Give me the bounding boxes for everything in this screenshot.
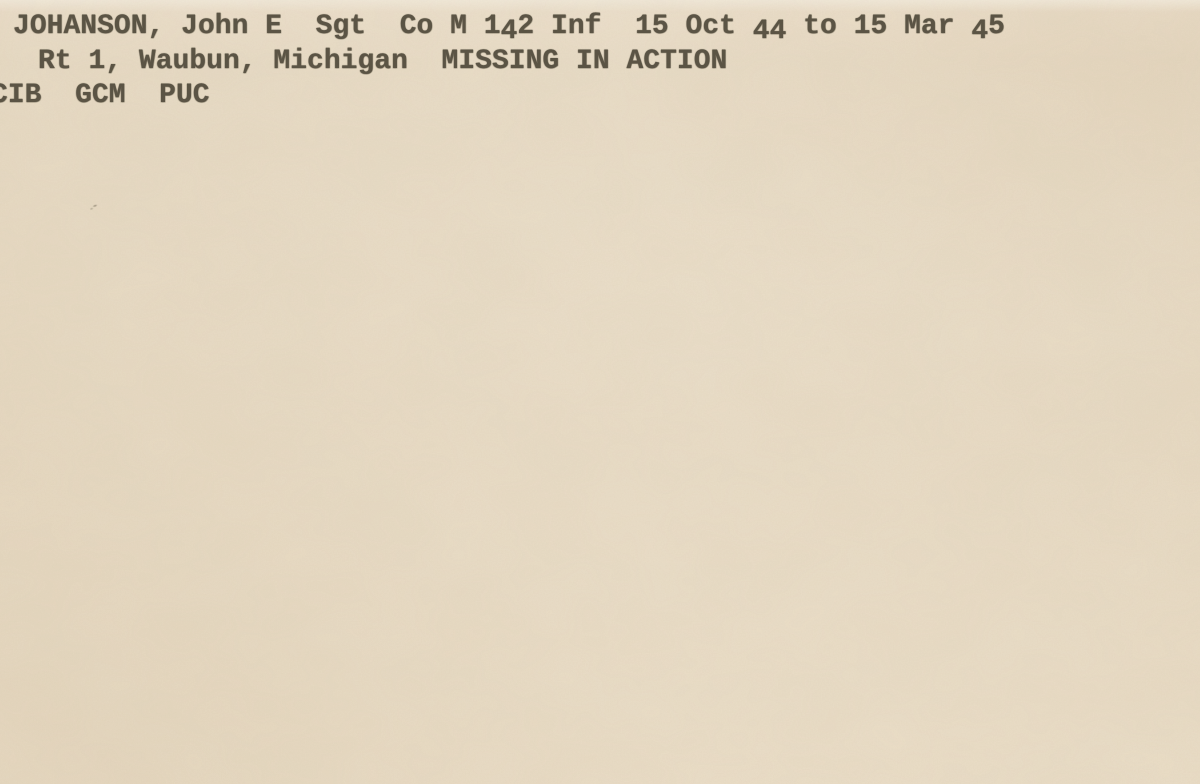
- service-record-card-scan: JOHANSON, John E Sgt Co M 142 Inf 15 Oct…: [0, 0, 1200, 784]
- paper-grain-texture: [0, 0, 1200, 784]
- record-line-awards: CIB GCM PUC: [0, 80, 210, 111]
- paper-speck: [87, 201, 101, 211]
- record-line-address-status: Rt 1, Waubun, Michigan MISSING IN ACTION: [38, 46, 727, 77]
- record-line-name-rank-unit-dates: JOHANSON, John E Sgt Co M 142 Inf 15 Oct…: [13, 11, 1005, 42]
